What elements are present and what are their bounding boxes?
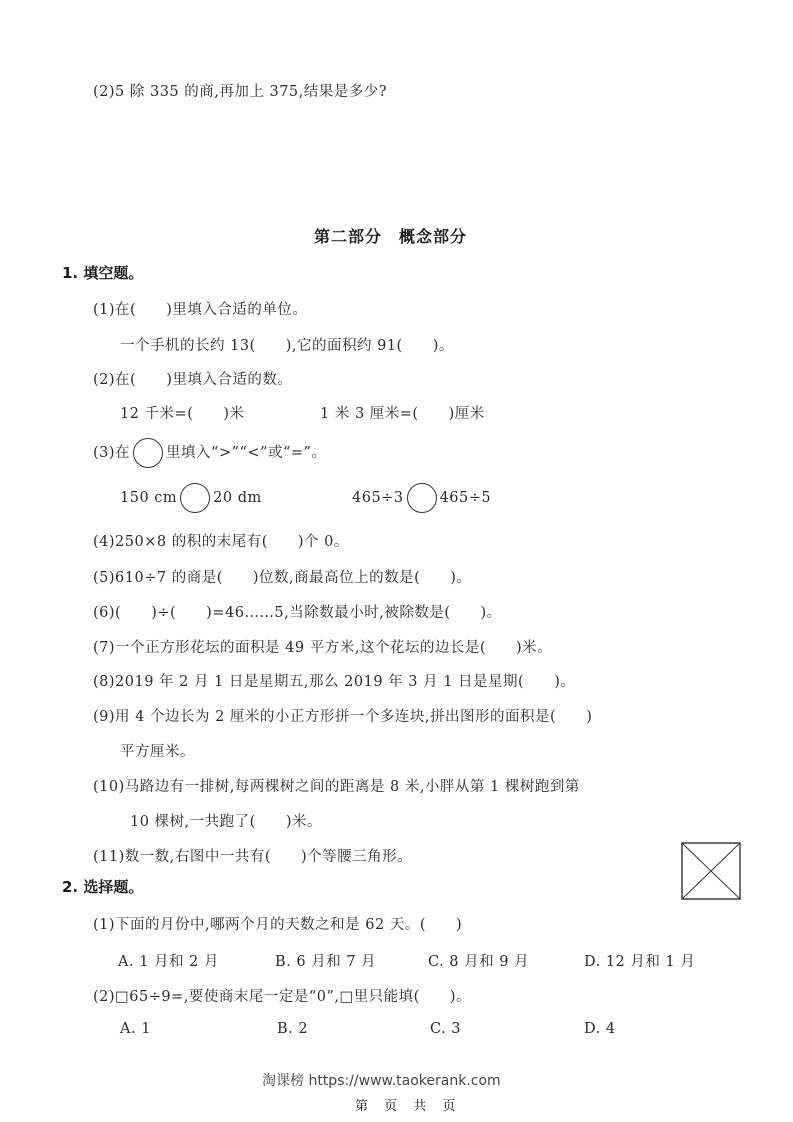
fill-q3-label-b: 里填入“>”“<”或“=”。	[166, 445, 326, 461]
fill-q10-cont: 10 棵树,一共跑了( )米。	[130, 810, 322, 831]
fill-q4: (4)250×8 的积的末尾有( )个 0。	[93, 530, 349, 551]
answer-circle-icon[interactable]	[407, 483, 437, 513]
choice-q1: (1)下面的月份中,哪两个月的天数之和是 62 天。( )	[93, 913, 462, 934]
fill-q2-sub-b: 1 米 3 厘米=( )厘米	[320, 402, 485, 423]
fill-q2-sub-a: 12 千米=( )米	[120, 402, 245, 423]
fill-q1: (1)在( )里填入合适的单位。	[93, 298, 307, 319]
choice-q1-option-a[interactable]: A. 1 月和 2 月	[118, 950, 219, 971]
choice-q2: (2)□65÷9=,要使商末尾一定是“0”,□里只能填( )。	[93, 985, 471, 1006]
cmp2-left: 465÷3	[352, 490, 404, 506]
choice-heading: 2. 选择题。	[62, 876, 143, 897]
fill-q7: (7)一个正方形花坛的面积是 49 平方米,这个花坛的边长是( )米。	[93, 636, 552, 657]
footer-page-number: 第 页 共 页	[355, 1095, 461, 1114]
cmp1-right: 20 dm	[213, 490, 262, 506]
answer-circle-icon[interactable]	[180, 483, 210, 513]
fill-q10: (10)马路边有一排树,每两棵树之间的距离是 8 米,小胖从第 1 棵树跑到第	[93, 775, 580, 796]
choice-q1-option-d[interactable]: D. 12 月和 1 月	[584, 950, 695, 971]
fill-q3-label-a: (3)在	[93, 445, 130, 461]
fill-q3-compare-2: 465÷3465÷5	[352, 483, 491, 513]
fill-q8: (8)2019 年 2 月 1 日是星期五,那么 2019 年 3 月 1 日是…	[93, 670, 575, 691]
fill-q5: (5)610÷7 的商是( )位数,商最高位上的数是( )。	[93, 566, 471, 587]
choice-q1-option-b[interactable]: B. 6 月和 7 月	[275, 950, 376, 971]
choice-q2-option-b[interactable]: B. 2	[277, 1021, 308, 1037]
fill-q9-cont: 平方厘米。	[120, 740, 195, 761]
compare-circle-icon	[133, 438, 163, 468]
choice-q2-option-a[interactable]: A. 1	[120, 1021, 151, 1037]
fill-blank-heading: 1. 填空题。	[62, 262, 143, 283]
footer-watermark[interactable]: 淘课榜 https://www.taokerank.com	[262, 1070, 501, 1090]
fill-q9: (9)用 4 个边长为 2 厘米的小正方形拼一个多连块,拼出图形的面积是( )	[93, 705, 592, 726]
choice-q2-option-d[interactable]: D. 4	[584, 1021, 616, 1037]
fill-q3: (3)在里填入“>”“<”或“=”。	[93, 438, 326, 468]
cmp2-right: 465÷5	[440, 490, 492, 506]
fill-q6: (6)( )÷( )=46……5,当除数最小时,被除数是( )。	[93, 601, 502, 622]
fill-q1-sub: 一个手机的长约 13( ),它的面积约 91( )。	[120, 334, 454, 355]
fill-q2: (2)在( )里填入合适的数。	[93, 368, 292, 389]
fill-q3-compare-1: 150 cm20 dm	[120, 483, 262, 513]
square-diagonals-figure	[681, 842, 741, 900]
choice-q2-option-c[interactable]: C. 3	[430, 1021, 461, 1037]
question-top-2: (2)5 除 335 的商,再加上 375,结果是多少?	[93, 80, 387, 101]
choice-q1-option-c[interactable]: C. 8 月和 9 月	[428, 950, 529, 971]
cmp1-left: 150 cm	[120, 490, 177, 506]
fill-q11: (11)数一数,右图中一共有( )个等腰三角形。	[93, 845, 412, 866]
section-title: 第二部分 概念部分	[314, 224, 467, 247]
